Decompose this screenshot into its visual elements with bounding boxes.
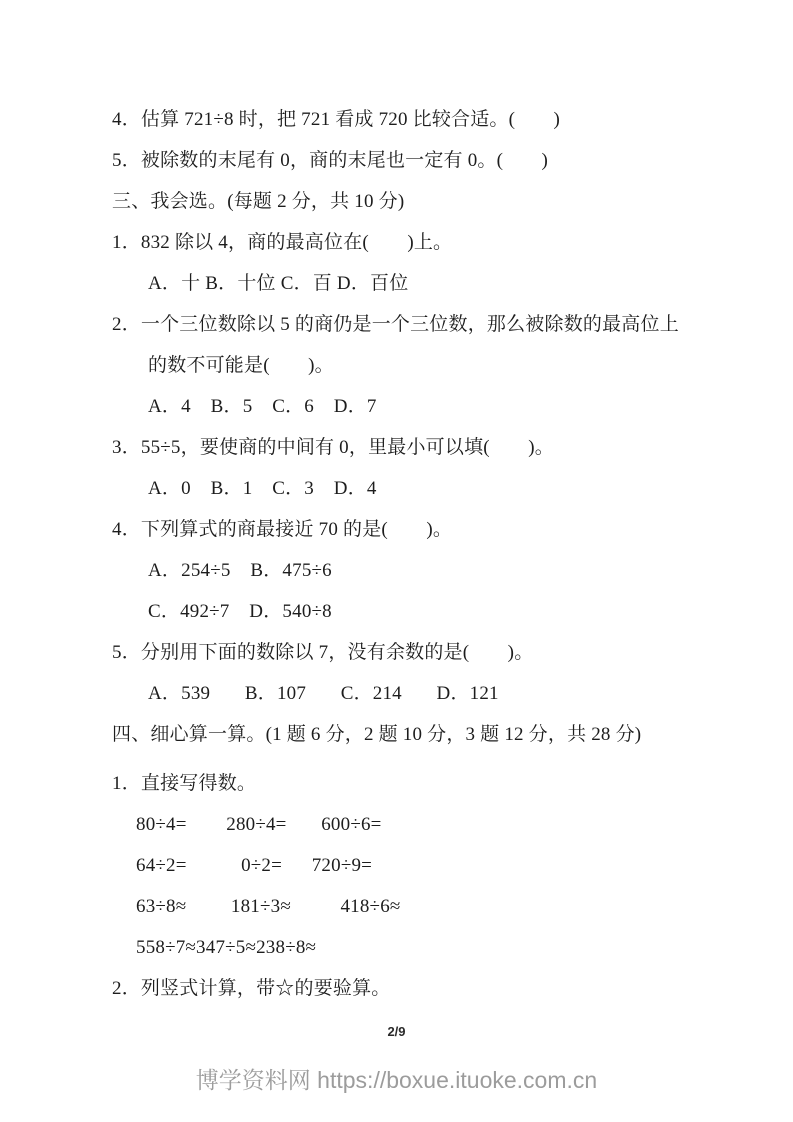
section-four-heading: 四、细心算一算。(1 题 6 分，2 题 10 分，3 题 12 分，共 28 … <box>112 714 773 755</box>
calc-row-2: 64÷2= 0÷2= 720÷9= <box>112 845 773 886</box>
choose-question-3-options: A．0 B．1 C．3 D．4 <box>112 468 773 509</box>
calc-question-2: 2．列竖式计算，带☆的要验算。 <box>112 968 773 1009</box>
section-three-heading: 三、我会选。(每题 2 分，共 10 分) <box>112 181 773 222</box>
page-number: 2/9 <box>0 1024 793 1039</box>
choose-question-4: 4．下列算式的商最接近 70 的是( )。 <box>112 509 773 550</box>
judge-question-4: 4．估算 721÷8 时，把 721 看成 720 比较合适。( ) <box>112 99 773 140</box>
calc-row-4: 558÷7≈347÷5≈238÷8≈ <box>112 927 773 968</box>
worksheet-page: 4．估算 721÷8 时，把 721 看成 720 比较合适。( ) 5．被除数… <box>0 0 793 1122</box>
choose-question-1-options: A．十 B．十位 C．百 D．百位 <box>112 263 773 304</box>
choose-question-2-line2: 的数不可能是( )。 <box>112 345 773 386</box>
choose-question-2-line1: 2．一个三位数除以 5 的商仍是一个三位数，那么被除数的最高位上 <box>112 304 773 345</box>
choose-question-5-options: A．539 B．107 C．214 D．121 <box>112 673 773 714</box>
judge-question-5: 5．被除数的末尾有 0，商的末尾也一定有 0。( ) <box>112 140 773 181</box>
choose-question-2-options: A．4 B．5 C．6 D．7 <box>112 386 773 427</box>
choose-question-3: 3．55÷5，要使商的中间有 0，里最小可以填( )。 <box>112 427 773 468</box>
calc-row-3: 63÷8≈ 181÷3≈ 418÷6≈ <box>112 886 773 927</box>
choose-question-5: 5．分别用下面的数除以 7，没有余数的是( )。 <box>112 632 773 673</box>
worksheet-content: 4．估算 721÷8 时，把 721 看成 720 比较合适。( ) 5．被除数… <box>112 99 773 1009</box>
choose-question-4-options-ab: A．254÷5 B．475÷6 <box>112 550 773 591</box>
watermark-text: 博学资料网 https://boxue.ituoke.com.cn <box>0 1062 793 1095</box>
choose-question-4-options-cd: C．492÷7 D．540÷8 <box>112 591 773 632</box>
choose-question-1: 1．832 除以 4，商的最高位在( )上。 <box>112 222 773 263</box>
calc-question-1: 1．直接写得数。 <box>112 763 773 804</box>
calc-row-1: 80÷4= 280÷4= 600÷6= <box>112 804 773 845</box>
